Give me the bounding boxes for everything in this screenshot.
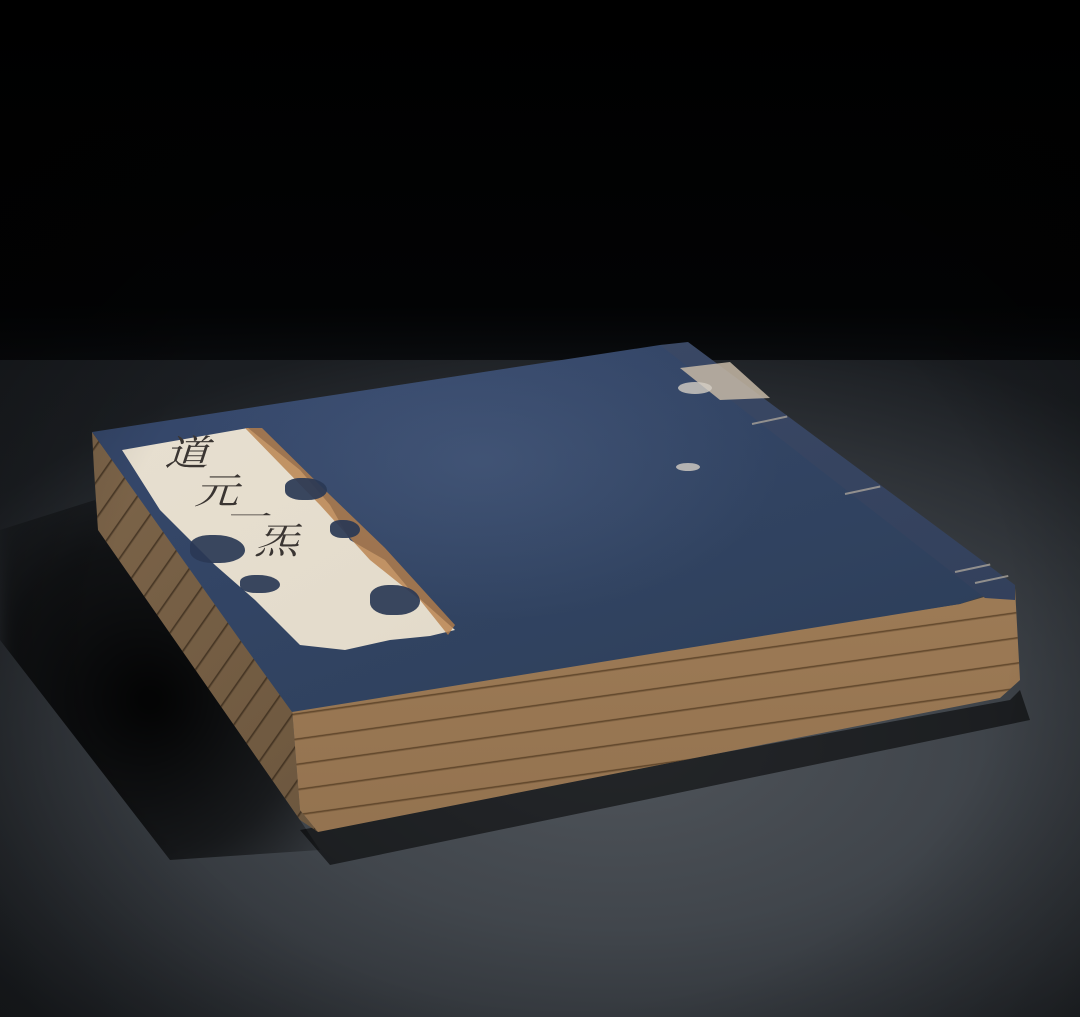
label-tear (190, 535, 245, 563)
label-tear (240, 575, 280, 593)
cover-wear-spot (676, 463, 700, 471)
cover-wear-spot (678, 382, 712, 394)
label-tear (370, 585, 420, 615)
photo-scene: 道 元 一 炁 (0, 0, 1080, 1017)
label-tear (285, 478, 327, 500)
label-tear (330, 520, 360, 538)
